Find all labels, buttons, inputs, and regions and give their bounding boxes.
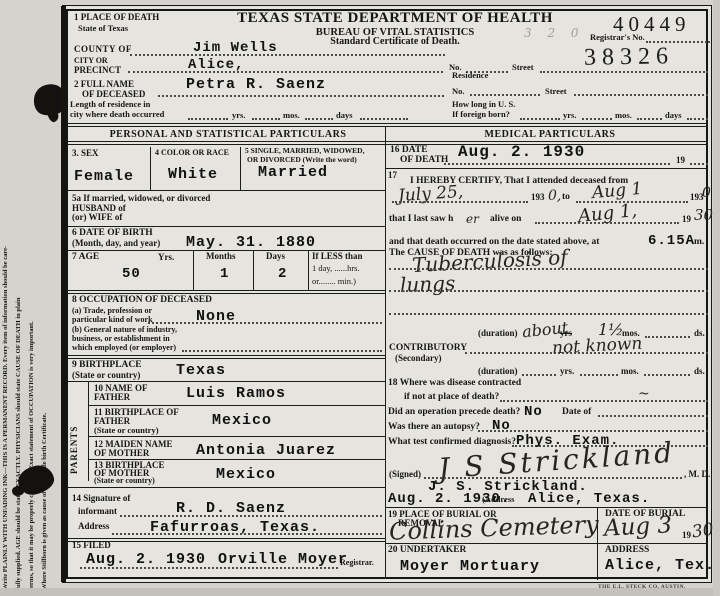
margin-note: fully supplied. AGE should be stated EXA… <box>16 8 23 590</box>
state-of-texas-label: State of Texas <box>78 24 128 33</box>
dash-mark-handwritten: ~ <box>638 386 650 402</box>
father-name-value: Luis Ramos <box>186 385 286 402</box>
year-prefix: 19 <box>676 156 685 165</box>
age-less-label-3: or........ min.) <box>312 277 356 286</box>
mother-name-value: Antonia Juarez <box>196 442 336 459</box>
county-value: Jim Wells <box>193 40 278 56</box>
age-yrs-label: Yrs. <box>158 253 174 262</box>
dotted-line <box>360 118 408 120</box>
dotted-line <box>389 268 708 270</box>
personal-particulars-header: PERSONAL AND STATISTICAL PARTICULARS <box>78 130 378 141</box>
dotted-line <box>389 290 708 292</box>
undertaker-value: Moyer Mortuary <box>400 558 540 575</box>
rule <box>385 507 708 508</box>
city-street-label: Street <box>512 63 534 72</box>
cell-divider <box>253 250 254 290</box>
birthplace-label-2: (State or country) <box>72 371 140 380</box>
age-less-label-1: If LESS than <box>312 252 363 261</box>
duration-ds-label: ds. <box>694 329 705 338</box>
death-certificate-scan: Write PLAINLY WITH UNFADING INK—THIS IS … <box>0 0 720 596</box>
time-suffix-label: m. <box>694 238 704 248</box>
occupation-label: 8 OCCUPATION OF DECEASED <box>72 296 212 306</box>
father-name-label-2: FATHER <box>94 393 130 402</box>
dotted-line <box>522 374 556 376</box>
cell-divider <box>150 147 151 190</box>
dotted-line <box>540 71 708 73</box>
test-label: What test confirmed diagnosis? <box>388 438 516 448</box>
residence-label: Residence <box>452 71 488 80</box>
birthplace-value: Texas <box>176 362 226 379</box>
registrar-stamp-number: 38326 <box>584 43 674 72</box>
dotted-line <box>188 118 228 120</box>
marital-label-1: 5 SINGLE, MARRIED, WIDOWED, <box>245 147 364 155</box>
column-divider <box>385 126 386 579</box>
dotted-line <box>582 118 612 120</box>
father-birthplace-value: Mexico <box>212 412 272 429</box>
how-long-us-label: How long in U. S. <box>452 100 515 109</box>
city-value: Alice, <box>188 57 244 73</box>
father-birthplace-label-3: (State or country) <box>94 426 159 435</box>
registrar-no-label: Registrar's No. <box>590 33 645 42</box>
dotted-line <box>637 118 662 120</box>
operation-label: Did an operation precede death? <box>388 408 520 418</box>
time-of-death-value: 6.15A <box>648 233 695 249</box>
field-17-number: 17 <box>388 171 397 180</box>
yrs-label: yrs. <box>232 111 245 120</box>
year-prefix: 19 <box>682 531 691 540</box>
marital-value: Married <box>258 164 328 181</box>
margin-note: Where Stillborn is given as cause of Dea… <box>42 60 49 590</box>
margin-note: Write PLAINLY WITH UNFADING INK—THIS IS … <box>3 8 10 590</box>
double-rule <box>66 355 385 359</box>
mother-birthplace-label-3: (State or country) <box>94 477 155 485</box>
double-rule <box>66 290 385 294</box>
secondary-label: (Secondary) <box>395 354 442 363</box>
signed-address-value: Alice, Texas. <box>528 491 650 507</box>
rule <box>385 543 708 544</box>
dotted-line <box>598 415 708 417</box>
dotted-line <box>478 430 708 432</box>
dotted-line <box>130 54 445 56</box>
last-saw-label: that I last saw h <box>389 215 453 225</box>
dotted-line <box>305 118 333 120</box>
dotted-line <box>645 336 690 338</box>
residence-street-label: Street <box>545 87 567 96</box>
yrs-label: yrs. <box>563 111 576 120</box>
dotted-line <box>580 374 618 376</box>
sex-label: 3. SEX <box>72 149 99 158</box>
dotted-line <box>690 163 708 165</box>
signed-address-label: (Address <box>482 495 514 504</box>
death-occurred-label: and that death occurred on the date stat… <box>389 238 599 248</box>
burial-year-handwritten: 30 <box>691 520 715 543</box>
dob-value: May. 31. 1880 <box>186 234 316 251</box>
registrar-label: Registrar. <box>340 559 374 567</box>
cell-divider <box>193 250 194 290</box>
occupation-b-label-3: which employed (or employer) <box>72 344 176 352</box>
rule <box>88 405 385 406</box>
residence-no-label: No. <box>452 87 465 96</box>
mos-label: mos. <box>283 111 300 120</box>
saw-year-handwritten: 30 <box>694 206 713 224</box>
informant-address-value: Fafurroas, Texas. <box>150 519 320 536</box>
duration-label: (duration) <box>478 329 518 338</box>
dotted-line <box>520 118 560 120</box>
dotted-line <box>574 94 708 96</box>
left-edge-bar <box>61 6 66 582</box>
rule <box>66 487 385 488</box>
age-yrs-value: 50 <box>122 266 141 282</box>
days-label: days <box>665 111 682 120</box>
age-label: 7 AGE <box>72 253 99 263</box>
dotted-line <box>389 313 708 315</box>
rule <box>385 168 708 169</box>
parents-label: PARENTS <box>70 392 79 474</box>
parents-divider <box>88 381 89 481</box>
dotted-line <box>392 201 528 203</box>
from-year-handwritten: 0, <box>548 188 561 204</box>
informant-label-1: 14 Signature of <box>72 494 130 503</box>
informant-label-2: informant <box>78 507 117 516</box>
pencil-mark: 3 2 0 <box>524 26 585 40</box>
occupation-a-label-2: particular kind of work <box>72 316 153 324</box>
dotted-line <box>500 400 708 402</box>
age-days-label: Days <box>266 252 285 261</box>
dotted-line <box>80 567 338 569</box>
duration-ds-label: ds. <box>694 367 705 376</box>
to-label: to <box>562 193 570 203</box>
precinct-label: PRECINCT <box>74 66 121 75</box>
scan-edge <box>713 0 720 596</box>
scan-edge <box>0 588 720 596</box>
md-label: , M. D. <box>684 470 710 479</box>
certificate-title: Standard Certificate of Death. <box>230 37 560 48</box>
burial-date-handwritten: Aug 3 <box>603 512 672 542</box>
age-months-label: Months <box>206 252 236 261</box>
color-race-label: 4 COLOR OR RACE <box>155 149 229 157</box>
double-rule <box>66 123 708 127</box>
duration-label: (duration) <box>478 367 518 376</box>
undertaker-address-value: Alice, Tex. <box>605 557 715 574</box>
county-of-label: COUNTY OF <box>74 45 132 54</box>
mos-label: mos. <box>615 111 632 120</box>
autopsy-label: Was there an autopsy? <box>388 423 480 433</box>
dotted-line <box>182 350 382 352</box>
autopsy-value: No <box>492 418 511 434</box>
year-prefix: 19 <box>682 215 691 224</box>
date-of-death-label-2: OF DEATH <box>400 156 448 166</box>
department-title: TEXAS STATE DEPARTMENT OF HEALTH <box>230 11 560 27</box>
rule <box>66 226 385 227</box>
disease-contracted-label-1: 18 Where was disease contracted <box>388 379 521 389</box>
duration-yrs-label: yrs. <box>560 367 574 376</box>
mother-name-label-2: OF MOTHER <box>94 449 149 458</box>
marital-label-2: OR DIVORCED (Write the word) <box>247 156 357 164</box>
dotted-line <box>644 374 690 376</box>
cell-divider <box>308 250 309 290</box>
cause-line-2-handwritten: lungs <box>400 271 456 297</box>
operation-date-label: Date of <box>562 408 591 418</box>
rule <box>66 381 385 382</box>
informant-value: R. D. Saenz <box>176 500 286 517</box>
double-rule <box>66 538 385 542</box>
foreign-born-label: If foreign born? <box>452 110 510 119</box>
race-value: White <box>168 166 218 183</box>
undertaker-address-label: ADDRESS <box>605 546 649 556</box>
dotted-line <box>444 163 670 165</box>
undertaker-label: 20 UNDERTAKER <box>388 546 466 556</box>
deceased-name-value: Petra R. Saenz <box>186 76 326 93</box>
informant-address-label: Address <box>78 522 109 531</box>
medical-particulars-header: MEDICAL PARTICULARS <box>440 130 660 141</box>
field-5a-label-3: (or) WIFE of <box>72 213 122 222</box>
mother-birthplace-value: Mexico <box>216 466 276 483</box>
dotted-line <box>252 118 280 120</box>
her-handwritten: er <box>466 212 479 226</box>
dotted-line <box>470 94 540 96</box>
cell-divider <box>240 147 241 190</box>
length-residence-label-2: city where death occurred <box>70 110 164 119</box>
disease-contracted-label-2: if not at place of death? <box>404 393 499 403</box>
days-label: days <box>336 111 353 120</box>
dob-label-2: (Month, day, and year) <box>72 239 160 248</box>
alive-on-label: alive on <box>490 215 521 225</box>
occupation-value: None <box>196 308 236 325</box>
year-prefix: 193 <box>531 193 545 202</box>
rule <box>66 190 385 191</box>
signed-label: (Signed) <box>389 470 421 479</box>
length-residence-label-1: Length of residence in <box>70 100 150 109</box>
to-year-handwritten: 0 <box>702 185 711 201</box>
rule <box>88 436 385 437</box>
double-rule <box>66 141 708 145</box>
sex-value: Female <box>74 168 134 185</box>
field-1-place-of-death-label: 1 PLACE OF DEATH <box>74 13 159 22</box>
filed-date-value: Aug. 2. 1930 <box>86 551 206 568</box>
dotted-line <box>158 95 444 97</box>
filed-registrar-value: Orville Moyer <box>218 551 348 568</box>
operation-value: No <box>524 404 543 420</box>
ink-blot <box>12 486 24 496</box>
filed-label: 15 FILED <box>72 541 111 550</box>
duration-mos-label: mos. <box>621 367 639 376</box>
age-less-label-2: 1 day, ......hrs. <box>312 264 360 273</box>
dotted-line <box>128 71 443 73</box>
dotted-line <box>687 118 708 120</box>
age-months-value: 1 <box>220 266 229 282</box>
age-days-value: 2 <box>278 266 287 282</box>
date-of-death-value: Aug. 2. 1930 <box>458 143 585 161</box>
dotted-line <box>148 322 382 324</box>
